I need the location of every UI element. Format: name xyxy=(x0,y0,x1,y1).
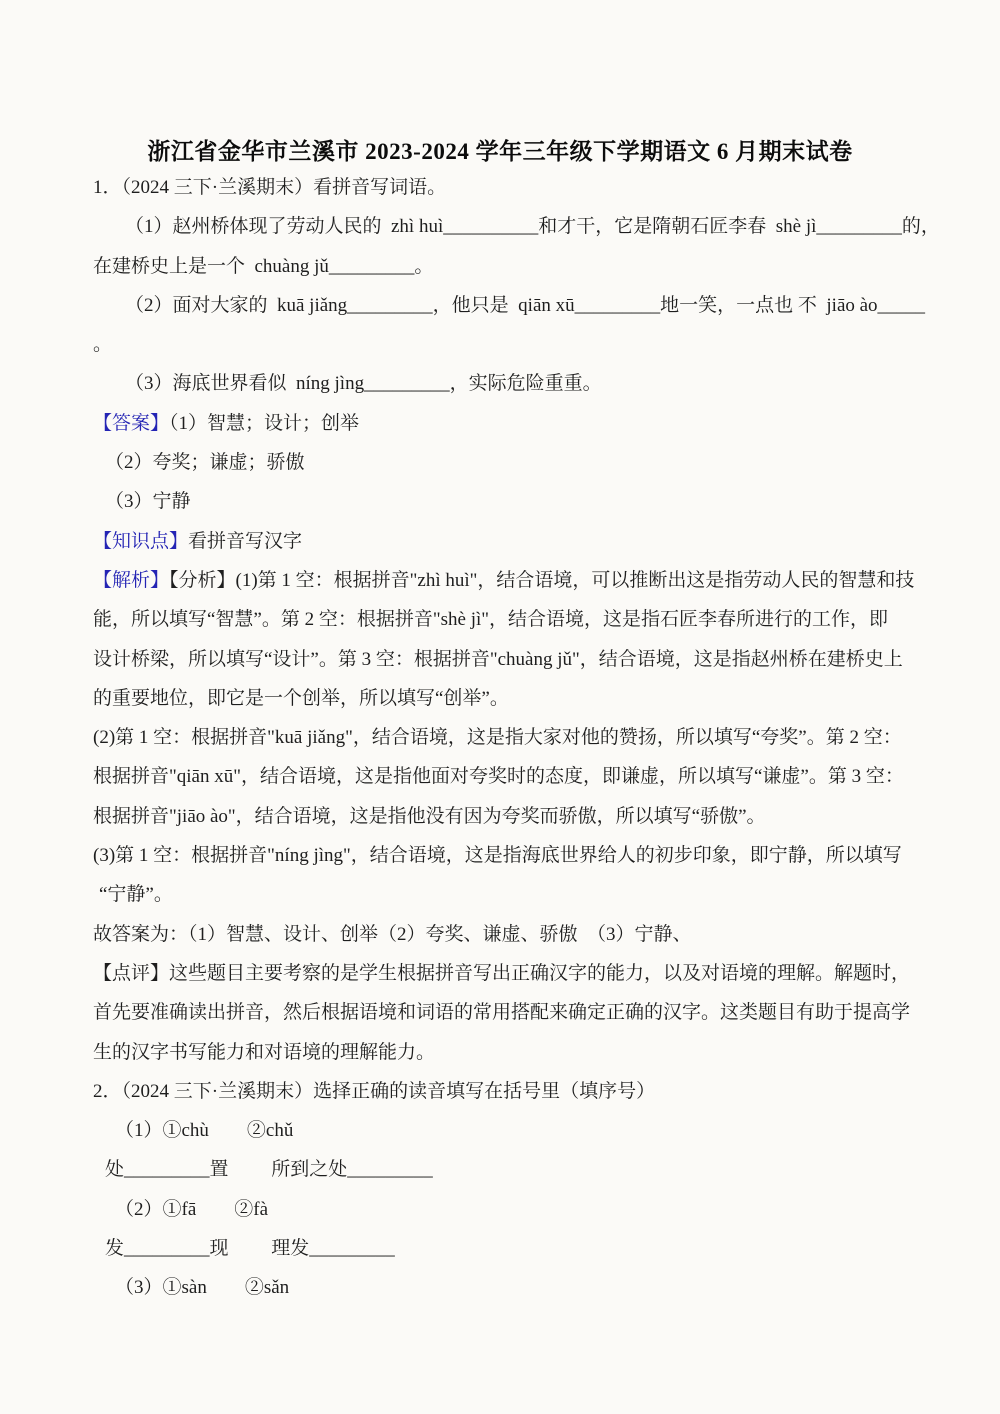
text-run: 【点评】这些题目主要考察的是学生根据拼音写出正确汉字的能力，以及对语境的理解。解… xyxy=(93,963,910,984)
q2-part2-options: （2）①fā ②fà xyxy=(93,1190,917,1229)
text-run: 的重要地位，即它是一个创举，所以填写“创举”。 xyxy=(93,688,509,709)
q1-analysis-line1: 【解析】【分析】(1)第 1 空：根据拼音"zhì huì"，结合语境，可以推断… xyxy=(93,561,917,600)
text-run: （1）赵州桥体现了劳动人民的 zhì huì__________和才干，它是隋朝… xyxy=(125,216,940,237)
q2-part1-blanks: 处_________置 所到之处_________ xyxy=(93,1150,917,1189)
text-run: (3)第 1 空：根据拼音"níng jìng"，结合语境，这是指海底世界给人的… xyxy=(93,845,902,866)
q1-part3: （3）海底世界看似 níng jìng_________，实际危险重重。 xyxy=(93,364,917,403)
text-run: 能，所以填写“智慧”。第 2 空：根据拼音"shè jì"，结合语境，这是指石匠… xyxy=(93,609,888,630)
text-run: 。 xyxy=(93,334,112,355)
text-run: 处_________置 所到之处_________ xyxy=(105,1159,433,1180)
text-run: “宁静”。 xyxy=(99,884,173,905)
text-run: 故答案为：（1）智慧、设计、创举（2）夸奖、谦虚、骄傲 （3）宁静、 xyxy=(93,924,692,945)
text-run: 首先要准确读出拼音，然后根据语境和词语的常用搭配来确定正确的汉字。这类题目有助于… xyxy=(93,1002,910,1023)
q1-analysis-line7: 根据拼音"jiāo ào"，结合语境，这是指他没有因为夸奖而骄傲，所以填写“骄傲… xyxy=(93,797,917,836)
q1-part1-line2: 在建桥史上是一个 chuàng jǔ_________。 xyxy=(93,247,917,286)
q1-answer-line1: 【答案】（1）智慧；设计；创举 xyxy=(93,404,917,443)
q1-comment-line1: 【点评】这些题目主要考察的是学生根据拼音写出正确汉字的能力，以及对语境的理解。解… xyxy=(93,954,917,993)
q1-answer-line3: （3）宁静 xyxy=(93,482,917,521)
q1-comment-line2: 首先要准确读出拼音，然后根据语境和词语的常用搭配来确定正确的汉字。这类题目有助于… xyxy=(93,993,917,1032)
section-label: 【答案】 xyxy=(93,413,169,434)
text-run: 2．（2024 三下·兰溪期末）选择正确的读音填写在括号里（填序号） xyxy=(93,1081,655,1102)
q1-stem: 1．（2024 三下·兰溪期末）看拼音写词语。 xyxy=(93,168,917,207)
text-run: 在建桥史上是一个 chuàng jǔ_________。 xyxy=(93,256,433,277)
q1-part1-line1: （1）赵州桥体现了劳动人民的 zhì huì__________和才干，它是隋朝… xyxy=(93,207,917,246)
q1-analysis-line2: 能，所以填写“智慧”。第 2 空：根据拼音"shè jì"，结合语境，这是指石匠… xyxy=(93,600,917,639)
q1-analysis-line8: (3)第 1 空：根据拼音"níng jìng"，结合语境，这是指海底世界给人的… xyxy=(93,836,917,875)
section-label: 【知识点】 xyxy=(93,531,188,552)
text-run: （1）①chù ②chǔ xyxy=(115,1120,293,1141)
text-run: 设计桥梁，所以填写“设计”。第 3 空：根据拼音"chuàng jǔ"，结合语境… xyxy=(93,649,903,670)
text-run: 1．（2024 三下·兰溪期末）看拼音写词语。 xyxy=(93,177,446,198)
page-title: 浙江省金华市兰溪市 2023-2024 学年三年级下学期语文 6 月期末试卷 xyxy=(0,133,1000,166)
text-run: （1）智慧；设计；创举 xyxy=(169,413,359,434)
q1-analysis-line9: “宁静”。 xyxy=(93,875,917,914)
text-run: (2)第 1 空：根据拼音"kuā jiǎng"，结合语境，这是指大家对他的赞扬… xyxy=(93,727,902,748)
q2-stem: 2．（2024 三下·兰溪期末）选择正确的读音填写在括号里（填序号） xyxy=(93,1072,917,1111)
q1-comment-line3: 生的汉字书写能力和对语境的理解能力。 xyxy=(93,1033,917,1072)
text-run: 根据拼音"jiāo ào"，结合语境，这是指他没有因为夸奖而骄傲，所以填写“骄傲… xyxy=(93,806,766,827)
q1-analysis-line4: 的重要地位，即它是一个创举，所以填写“创举”。 xyxy=(93,679,917,718)
q1-answer-line2: （2）夸奖；谦虚；骄傲 xyxy=(93,443,917,482)
q1-part2-line1: （2）面对大家的 kuā jiǎng_________，他只是 qiān xū_… xyxy=(93,286,917,325)
q1-knowledge: 【知识点】看拼音写汉字 xyxy=(93,522,917,561)
text-run: （3）宁静 xyxy=(105,491,191,512)
q1-analysis-line10: 故答案为：（1）智慧、设计、创举（2）夸奖、谦虚、骄傲 （3）宁静、 xyxy=(93,915,917,954)
text-run: （2）面对大家的 kuā jiǎng_________，他只是 qiān xū_… xyxy=(125,295,925,316)
q1-part2-line2: 。 xyxy=(93,325,917,364)
q1-analysis-line3: 设计桥梁，所以填写“设计”。第 3 空：根据拼音"chuàng jǔ"，结合语境… xyxy=(93,640,917,679)
text-run: 生的汉字书写能力和对语境的理解能力。 xyxy=(93,1042,435,1063)
text-run: （3）海底世界看似 níng jìng_________，实际危险重重。 xyxy=(125,373,602,394)
exam-paper-page: 浙江省金华市兰溪市 2023-2024 学年三年级下学期语文 6 月期末试卷 1… xyxy=(0,0,1000,1414)
text-run: （3）①sàn ②sǎn xyxy=(115,1277,289,1298)
q2-part1-options: （1）①chù ②chǔ xyxy=(93,1111,917,1150)
text-run: 发_________现 理发_________ xyxy=(105,1238,395,1259)
section-label: 【解析】 xyxy=(93,570,169,591)
document-lines: 1．（2024 三下·兰溪期末）看拼音写词语。（1）赵州桥体现了劳动人民的 zh… xyxy=(93,168,917,1308)
q2-part2-blanks: 发_________现 理发_________ xyxy=(93,1229,917,1268)
text-run: 【分析】(1)第 1 空：根据拼音"zhì huì"，结合语境，可以推断出这是指… xyxy=(169,570,914,591)
q2-part3-options: （3）①sàn ②sǎn xyxy=(93,1268,917,1307)
text-run: （2）①fā ②fà xyxy=(115,1199,268,1220)
q1-analysis-line6: 根据拼音"qiān xū"，结合语境，这是指他面对夸奖时的态度，即谦虚，所以填写… xyxy=(93,757,917,796)
q1-analysis-line5: (2)第 1 空：根据拼音"kuā jiǎng"，结合语境，这是指大家对他的赞扬… xyxy=(93,718,917,757)
text-run: 根据拼音"qiān xū"，结合语境，这是指他面对夸奖时的态度，即谦虚，所以填写… xyxy=(93,766,904,787)
text-run: 看拼音写汉字 xyxy=(188,531,302,552)
text-run: （2）夸奖；谦虚；骄傲 xyxy=(105,452,305,473)
